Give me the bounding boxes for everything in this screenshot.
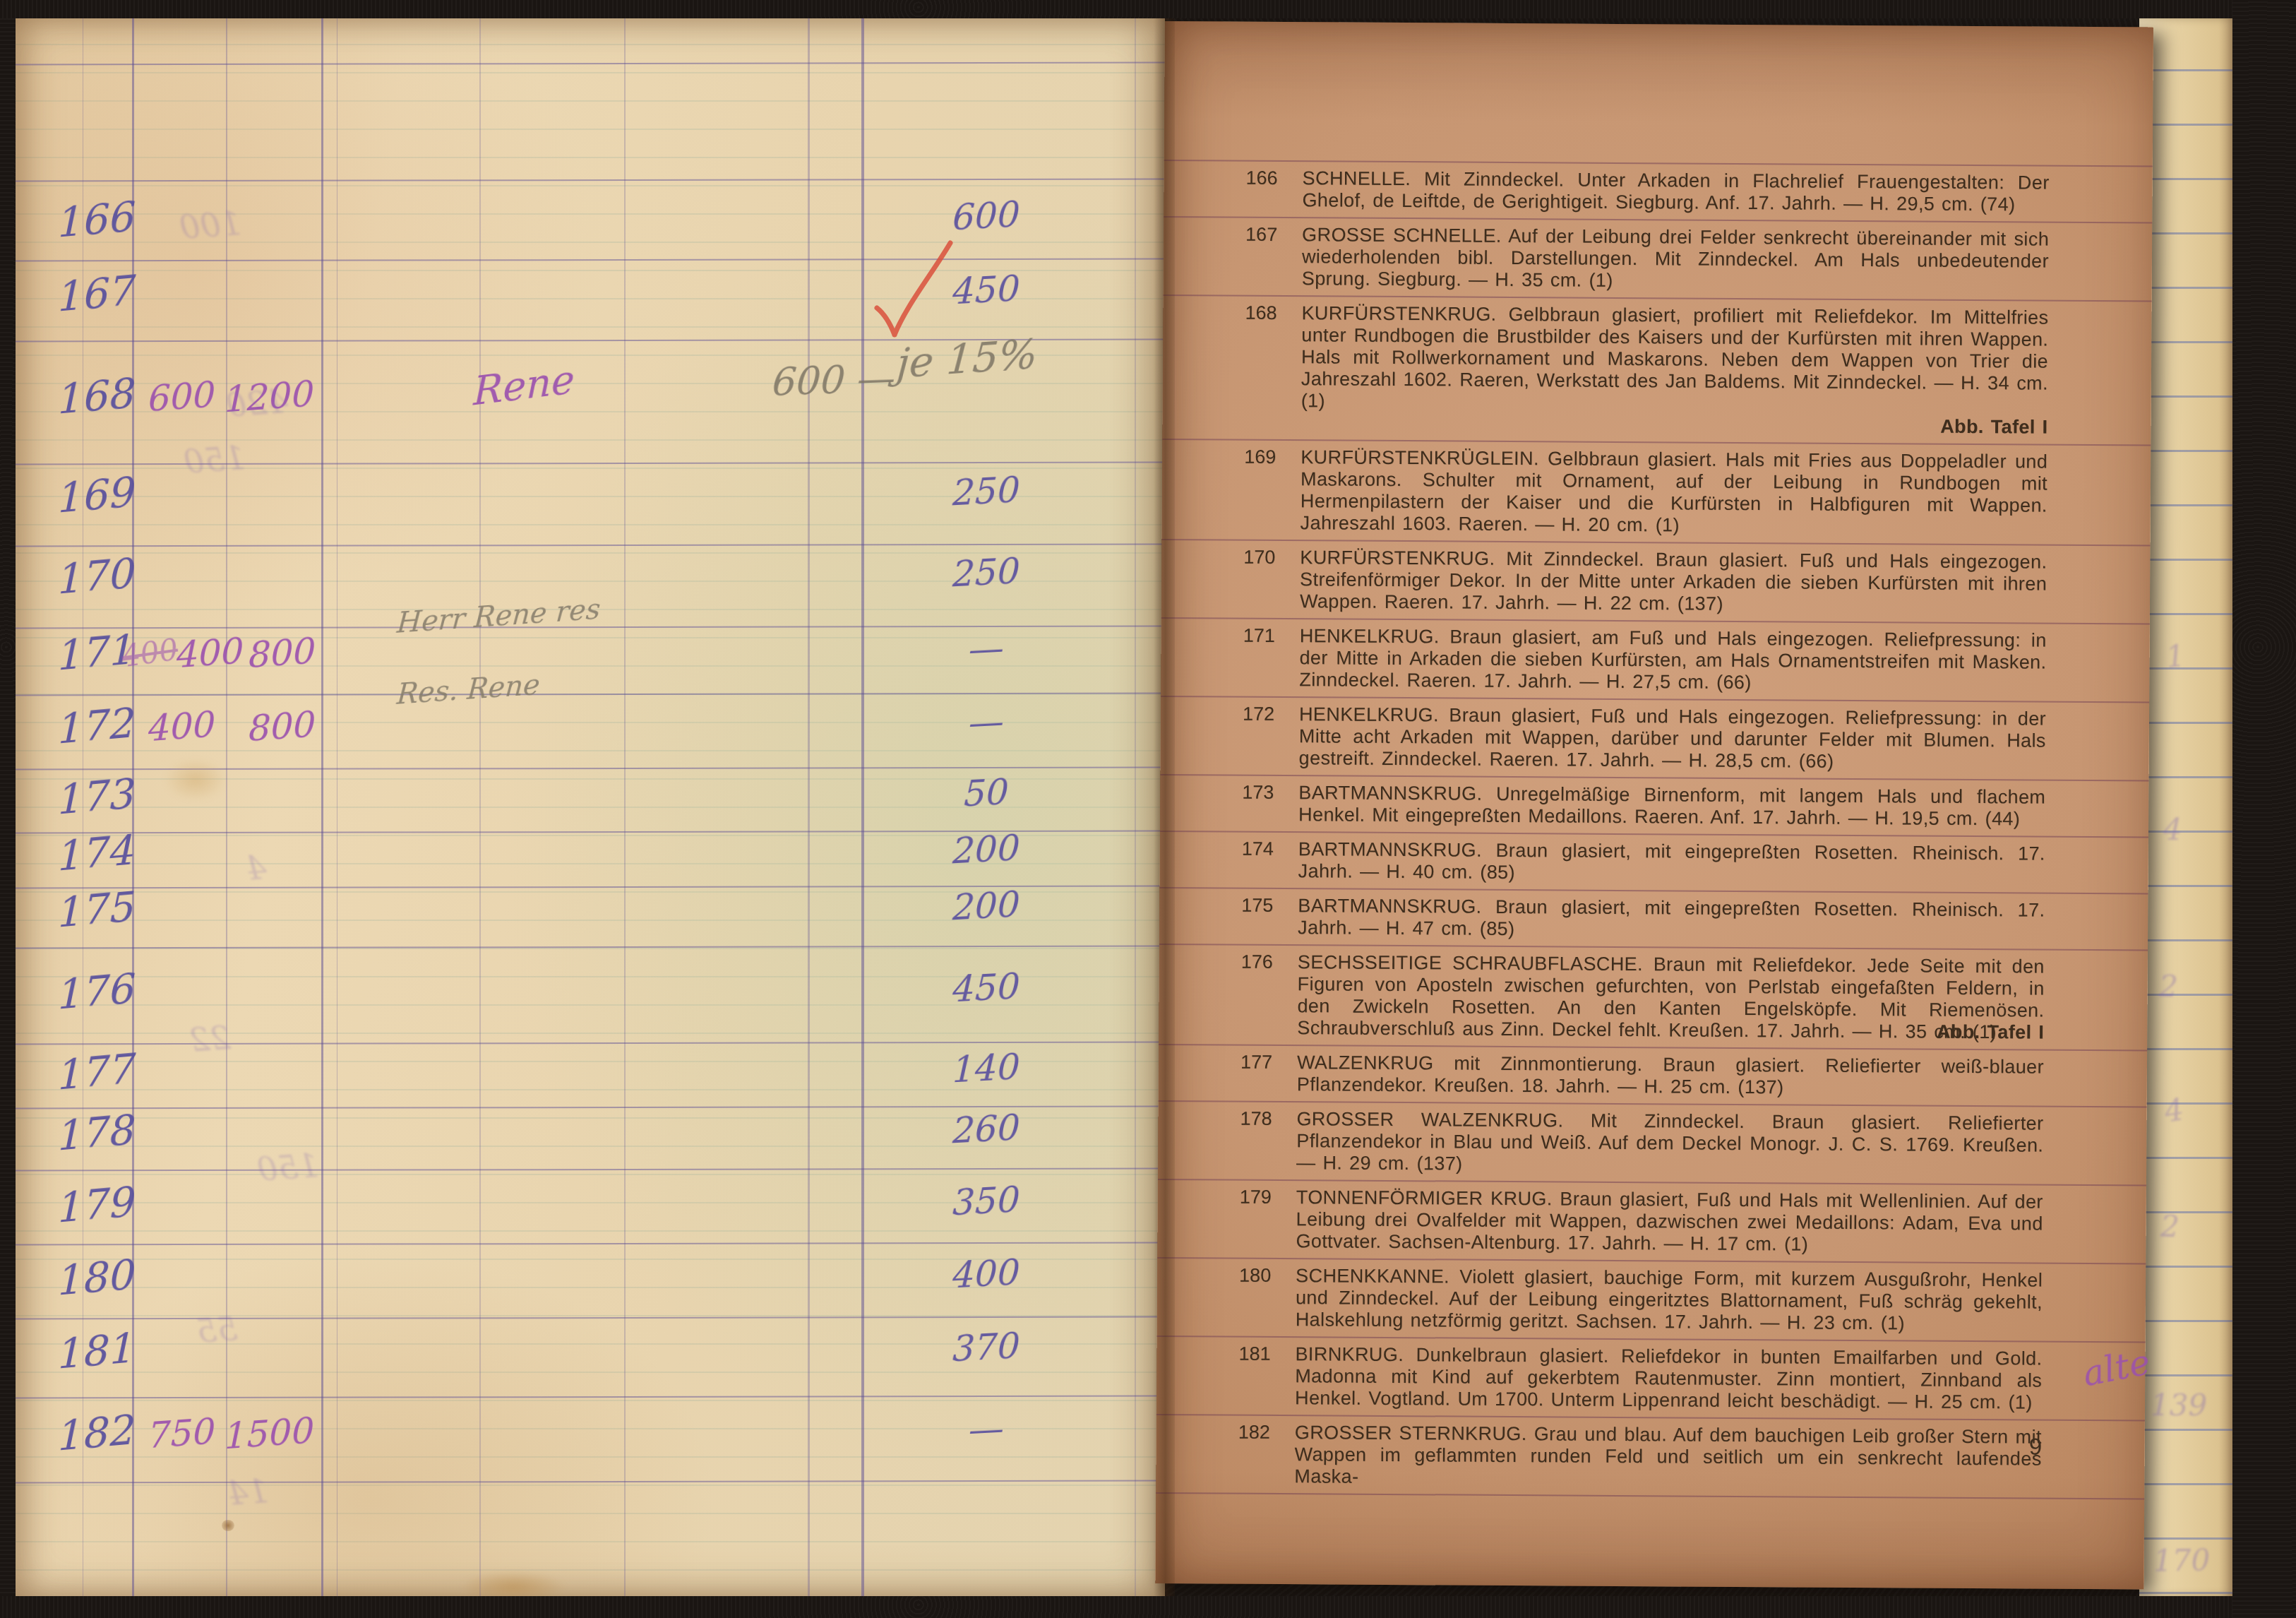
entry-text: KURFÜRSTENKRUG. Mit Zinndeckel. Braun gl… xyxy=(1300,547,2047,614)
entry-number: 180 xyxy=(1239,1265,1271,1287)
entry-number: 179 xyxy=(1240,1186,1272,1208)
ledger-page: 1666001674501686001200Rene600 —je 15%169… xyxy=(16,17,1165,1598)
ledger-row-rule xyxy=(16,946,1165,949)
margin-ghost-mark: 170 xyxy=(2153,1542,2211,1578)
catalog-entry: 179TONNENFÖRMIGER KRUG. Braun glasiert, … xyxy=(1157,1179,2146,1263)
margin-ghost-mark: 139 xyxy=(2151,1388,2207,1422)
entry-text: GROSSER STERNKRUG. Grau und blau. Auf de… xyxy=(1294,1422,2042,1487)
margin-ghost-mark: 2 xyxy=(2158,969,2178,1004)
ledger-column-rule xyxy=(808,17,810,1598)
result-price-handwritten: 200 xyxy=(922,882,1051,930)
entry-text: TONNENFÖRMIGER KRUG. Braun glasiert, Fuß… xyxy=(1296,1186,2043,1254)
entry-text: KURFÜRSTENKRÜGLEIN. Gelbbraun glasiert. … xyxy=(1301,446,2048,535)
book-cover-edge-right xyxy=(2232,0,2296,1618)
result-price-handwritten: 250 xyxy=(922,468,1051,516)
price-column-1-value: 400 xyxy=(177,631,244,677)
catalog-entry: 169KURFÜRSTENKRÜGLEIN. Gelbbraun glasier… xyxy=(1162,439,2151,545)
ledger-row-rule xyxy=(16,1042,1165,1045)
entry-text: BIRNKRUG. Dunkelbraun glasiert. Reliefde… xyxy=(1295,1343,2043,1412)
catalog-entry: 168KURFÜRSTENKRUG. Gelbbraun glasiert, p… xyxy=(1162,295,2151,445)
book-scan: { "document": { "kind": "auction catalog… xyxy=(0,0,2296,1618)
ledger-row-rule xyxy=(16,1242,1165,1246)
lot-number-handwritten: 166 xyxy=(58,192,136,247)
entry-number: 177 xyxy=(1240,1052,1272,1073)
price-column-2-value: 800 xyxy=(249,704,316,750)
entry-text: HENKELKRUG. Braun glasiert, Fuß und Hals… xyxy=(1299,703,2047,772)
entry-number: 182 xyxy=(1238,1422,1270,1444)
margin-ghost-mark: 4 xyxy=(2163,812,2183,847)
book-cover-edge-top xyxy=(0,0,2296,18)
catalog-entry: 172HENKELKRUG. Braun glasiert, Fuß und H… xyxy=(1160,696,2149,780)
entry-number: 170 xyxy=(1243,547,1275,569)
ledger-row-rule xyxy=(16,179,1165,182)
ledger-row-rule xyxy=(16,62,1165,66)
lot-number-handwritten: 176 xyxy=(58,964,136,1019)
entry-text: SECHSSEITIGE SCHRAUBFLASCHE. Braun mit R… xyxy=(1297,951,2045,1042)
lot-number-handwritten: 179 xyxy=(58,1177,136,1232)
ghost-mark: 100 xyxy=(178,204,242,246)
result-price-handwritten: 260 xyxy=(922,1105,1051,1153)
catalog-entry: 166SCHNELLE. Mit Zinndeckel. Unter Arkad… xyxy=(1164,160,2152,222)
catalog-entry: 174BARTMANNSKRUG. Braun glasiert, mit ei… xyxy=(1160,831,2148,893)
ghost-mark: 150 xyxy=(256,1146,320,1189)
entry-text: BARTMANNSKRUG. Braun glasiert, mit einge… xyxy=(1298,838,2045,883)
entry-number: 173 xyxy=(1242,782,1274,804)
margin-ghost-mark: 2 xyxy=(2160,1209,2180,1244)
entry-number: 171 xyxy=(1243,625,1275,647)
ledger-column-rule xyxy=(624,17,626,1598)
buyer-name-pencil: Res. Rene xyxy=(396,669,542,711)
ghost-mark: 55 xyxy=(195,1309,239,1350)
price-column-1-value: 600 xyxy=(148,374,216,420)
catalog-entry: 177WALZENKRUG mit Zinnmontierung. Braun … xyxy=(1159,1044,2147,1107)
paper-stain xyxy=(222,1520,234,1531)
result-price-handwritten: 140 xyxy=(922,1045,1051,1093)
ghost-mark: 420 xyxy=(225,382,289,424)
result-price-handwritten: 400 xyxy=(922,1250,1051,1298)
price-column-1-value: 400 xyxy=(148,704,216,750)
plate-reference: Abb. Tafel I xyxy=(1301,412,2047,438)
result-price-handwritten: 250 xyxy=(922,549,1051,597)
entry-text: SCHENKKANNE. Violett glasiert, bauchige … xyxy=(1296,1265,2043,1333)
catalog-entry: 181BIRNKRUG. Dunkelbraun glasiert. Relie… xyxy=(1156,1336,2146,1420)
ghost-mark: 4 xyxy=(244,848,268,888)
ledger-column-rule xyxy=(337,17,337,1598)
catalog-entry: 178GROSSER WALZENKRUG. Mit Zinndeckel. B… xyxy=(1158,1100,2147,1185)
buyer-name-handwritten: Rene xyxy=(473,356,575,415)
catalog-entry: 176SECHSSEITIGE SCHRAUBFLASCHE. Braun mi… xyxy=(1159,944,2148,1050)
ledger-row-rule xyxy=(16,693,1165,696)
result-price-handwritten: 370 xyxy=(922,1323,1051,1372)
result-price-handwritten: — xyxy=(922,1405,1051,1453)
price-column-2-value: 1500 xyxy=(225,1410,315,1457)
struck-price-handwritten: 400 xyxy=(119,632,180,674)
entry-text: BARTMANNSKRUG. Braun glasiert, mit einge… xyxy=(1298,895,2045,939)
paper-stain xyxy=(164,759,227,801)
catalog-entries: 166SCHNELLE. Mit Zinndeckel. Unter Arkad… xyxy=(1156,160,2153,1500)
lot-number-handwritten: 170 xyxy=(58,549,136,604)
buyer-name-pencil: Herr Rene res xyxy=(396,593,602,640)
result-price-handwritten: 50 xyxy=(922,769,1051,817)
lot-number-handwritten: 181 xyxy=(58,1323,136,1379)
ledger-row-rule xyxy=(16,544,1165,547)
lot-number-handwritten: 174 xyxy=(58,826,136,881)
lot-number-handwritten: 172 xyxy=(58,698,136,754)
entry-number: 181 xyxy=(1238,1343,1270,1365)
lot-number-handwritten: 167 xyxy=(58,266,136,321)
lot-number-handwritten: 182 xyxy=(58,1405,136,1461)
ledger-column-rule xyxy=(479,17,481,1598)
result-price-handwritten: 600 xyxy=(922,192,1051,240)
ledger-row-rule xyxy=(16,1168,1165,1172)
page-edge-strip xyxy=(2139,17,2238,1598)
ghost-mark: 14 xyxy=(226,1472,270,1513)
entry-number: 176 xyxy=(1241,951,1273,973)
red-check-mark xyxy=(871,237,970,350)
entry-text: SCHNELLE. Mit Zinndeckel. Unter Arkaden … xyxy=(1302,167,2049,215)
book-cover-edge-left xyxy=(0,0,16,1618)
result-price-handwritten: — xyxy=(922,698,1051,746)
catalog-entry: 175BARTMANNSKRUG. Braun glasiert, mit ei… xyxy=(1159,887,2148,950)
book-cover-edge-bottom xyxy=(0,1596,2296,1618)
catalog-entry: 171HENKELKRUG. Braun glasiert, am Fuß un… xyxy=(1161,617,2150,702)
entry-text: GROSSE SCHNELLE. Auf der Leibung drei Fe… xyxy=(1302,224,2050,291)
result-price-handwritten: 200 xyxy=(922,826,1051,874)
ledger-column-rule xyxy=(861,17,864,1598)
ghost-mark: 22 xyxy=(188,1018,232,1059)
entry-text: WALZENKRUG mit Zinnmontierung. Braun gla… xyxy=(1297,1052,2044,1097)
entry-text: GROSSER WALZENKRUG. Mit Zinndeckel. Brau… xyxy=(1296,1108,2044,1174)
entry-number: 166 xyxy=(1246,167,1278,189)
ledger-column-rule xyxy=(321,17,323,1598)
catalog-entry: 180SCHENKKANNE. Violett glasiert, bauchi… xyxy=(1157,1257,2146,1342)
price-column-2-value: 800 xyxy=(249,631,316,677)
catalog-page: 166SCHNELLE. Mit Zinndeckel. Unter Arkad… xyxy=(1155,21,2153,1590)
lot-number-handwritten: 168 xyxy=(58,369,136,424)
lot-number-handwritten: 175 xyxy=(58,882,136,937)
ledger-row-rule xyxy=(16,1316,1165,1320)
result-price-pencil: 600 — xyxy=(771,356,897,405)
ledger-row-rule xyxy=(16,1396,1165,1399)
page-number: 9 xyxy=(2029,1434,2043,1461)
ghost-mark: 150 xyxy=(182,439,246,481)
catalog-entry: 182GROSSER STERNKRUG. Grau und blau. Auf… xyxy=(1156,1414,2145,1499)
entry-number: 178 xyxy=(1240,1108,1272,1130)
lot-number-handwritten: 177 xyxy=(58,1045,136,1100)
ledger-row-rule xyxy=(16,767,1165,771)
catalog-entry: 167GROSSE SCHNELLE. Auf der Leibung drei… xyxy=(1164,216,2153,301)
entry-number: 167 xyxy=(1245,224,1277,246)
entry-text: HENKELKRUG. Braun glasiert, am Fuß und H… xyxy=(1299,625,2047,693)
lot-number-handwritten: 178 xyxy=(58,1105,136,1160)
page-gutter-shadow xyxy=(1154,17,1175,1598)
lot-number-handwritten: 173 xyxy=(58,769,136,824)
ledger-column-rule xyxy=(226,17,227,1598)
entry-number: 174 xyxy=(1242,838,1274,860)
result-price-handwritten: 350 xyxy=(922,1177,1051,1225)
ledger-row-rule xyxy=(16,258,1165,262)
ledger-column-rule xyxy=(1135,17,1136,1598)
entry-number: 175 xyxy=(1241,895,1273,917)
result-price-handwritten: — xyxy=(922,625,1051,673)
lot-number-handwritten: 169 xyxy=(58,468,136,523)
ledger-row-rule xyxy=(16,1480,1165,1484)
entry-text: KURFÜRSTENKRUG. Gelbbraun glasiert, prof… xyxy=(1301,302,2049,411)
entry-number: 168 xyxy=(1245,302,1276,324)
catalog-entry: 173BARTMANNSKRUG. Unregelmäßige Birnenfo… xyxy=(1160,774,2148,837)
result-price-handwritten: 450 xyxy=(922,964,1051,1012)
catalog-entry: 170KURFÜRSTENKRUG. Mit Zinndeckel. Braun… xyxy=(1161,539,2151,624)
price-column-1-value: 750 xyxy=(148,1411,216,1457)
margin-ghost-mark: 1 xyxy=(2165,638,2187,675)
lot-number-handwritten: 180 xyxy=(58,1250,136,1305)
entry-number: 172 xyxy=(1243,703,1274,725)
entry-text: BARTMANNSKRUG. Unregelmäßige Birnenform,… xyxy=(1298,782,2045,829)
entry-number: 169 xyxy=(1244,446,1276,468)
